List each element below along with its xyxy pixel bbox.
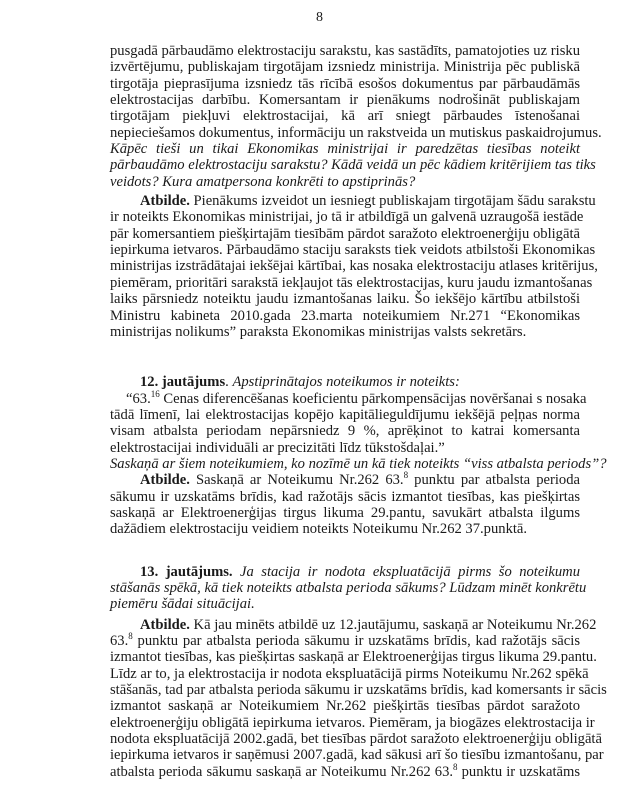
paragraph-line: izvērtējumu, publiskajam tirgotājam izsn… bbox=[110, 59, 580, 75]
paragraph-line: iepirkuma ietvaros ir saņēmusi 2007.gadā… bbox=[110, 747, 580, 763]
paragraph-line: dažādiem elektrostaciju veidiem noteikts… bbox=[110, 521, 580, 537]
quote-first-line: “63.16 Cenas diferencēšanas koeficientu … bbox=[110, 391, 580, 407]
answer-first-line: Atbilde. Kā jau minēts atbildē uz 12.jau… bbox=[110, 617, 580, 633]
question-label: 13. jautājums. bbox=[140, 564, 233, 580]
paragraph-line: ir noteikts Ekonomikas ministrijai, jo t… bbox=[110, 209, 580, 225]
document-body: pusgadā pārbaudāmo elektrostaciju saraks… bbox=[110, 43, 580, 780]
paragraph-line: atbalsta perioda sākumu saskaņā ar Notei… bbox=[110, 764, 580, 780]
paragraph-line: laiks pārsniedz noteiktu jaudu izmantoša… bbox=[110, 291, 580, 307]
paragraph-line: elektrostacijas darbību. Komersantam ir … bbox=[110, 92, 580, 108]
paragraph-line: nodota ekspluatācijā 2002.gadā, bet ties… bbox=[110, 731, 580, 747]
question-13-heading: 13. jautājums. Ja stacija ir nodota eksp… bbox=[110, 564, 580, 580]
paragraph-line: tirgotājam piekļuvi elektrostacijai, kā … bbox=[110, 108, 580, 124]
paragraph-line: ministrijas nolikums” paraksta Ekonomika… bbox=[110, 324, 580, 340]
question-line: piemēru šādai situācijai. bbox=[110, 596, 580, 612]
answer-label: Atbilde. bbox=[140, 193, 190, 209]
paragraph-line: Ministru kabineta 2010.gada 23.marta not… bbox=[110, 308, 580, 324]
paragraph-line: tirgotāja pieprasījuma izsniedz tās rīcī… bbox=[110, 76, 580, 92]
paragraph-line: pār komersantiem piešķirtajām tiesībām p… bbox=[110, 226, 580, 242]
question-line: Kāpēc tieši un tikai Ekonomikas ministri… bbox=[110, 141, 580, 157]
quote-line: tādā līmenī, lai elektrostacijas kopējo … bbox=[110, 407, 580, 423]
question-12-heading: 12. jautājums. Apstiprinātajos noteikumo… bbox=[110, 374, 580, 390]
answer-first-line: Atbilde. Pienākums izveidot un iesniegt … bbox=[110, 193, 580, 209]
question-line: pārbaudāmo elektrostaciju sarakstu? Kādā… bbox=[110, 157, 580, 173]
question-line: Saskaņā ar šiem noteikumiem, ko nozīmē u… bbox=[110, 456, 580, 472]
paragraph-line: nepieciešamos dokumentus, informāciju un… bbox=[110, 125, 580, 141]
paragraph-line: sākumu ir uzskatāms brīdis, kad ražotājs… bbox=[110, 489, 580, 505]
answer-label: Atbilde. bbox=[140, 472, 190, 488]
paragraph-line: stāšanās, tad par atbalsta perioda sākum… bbox=[110, 682, 580, 698]
answer-first-line: Atbilde. Saskaņā ar Noteikumu Nr.262 63.… bbox=[110, 472, 580, 488]
paragraph-line: ministrijas izstrādātajai iekšējai kārtī… bbox=[110, 258, 580, 274]
page-number: 8 bbox=[0, 10, 639, 26]
paragraph-line: elektroenerģiju obligātā iepirkuma ietva… bbox=[110, 715, 580, 731]
paragraph-line: saskaņā ar Elektroenerģijas tirgus likum… bbox=[110, 505, 580, 521]
question-line: stāšanās spēkā, kā tiek noteikts atbalst… bbox=[110, 580, 580, 596]
paragraph-line: pusgadā pārbaudāmo elektrostaciju saraks… bbox=[110, 43, 580, 59]
paragraph-line: Līdz ar to, ja elektrostacija ir nodota … bbox=[110, 666, 580, 682]
quote-line: elektrostacijai individuāli ar precizitā… bbox=[110, 440, 580, 456]
question-line: veidots? Kura amatpersona konkrēti to ap… bbox=[110, 174, 580, 190]
answer-label: Atbilde. bbox=[140, 617, 190, 633]
paragraph-line: izmantot tiesības, kas piešķirtas saskaņ… bbox=[110, 649, 580, 665]
paragraph-line: 63.8 punktu par atbalsta perioda sākumu … bbox=[110, 633, 580, 649]
paragraph-line: iepirkuma ietvaros. Pārbaudāmo staciju s… bbox=[110, 242, 580, 258]
paragraph-line: piemēram, prioritāri sarakstā iekļaujot … bbox=[110, 275, 580, 291]
paragraph-line: izmantot saskaņā ar Noteikumiem Nr.262 p… bbox=[110, 698, 580, 714]
quote-line: visam atbalsta periodam nepārsniedz 9 %,… bbox=[110, 423, 580, 439]
